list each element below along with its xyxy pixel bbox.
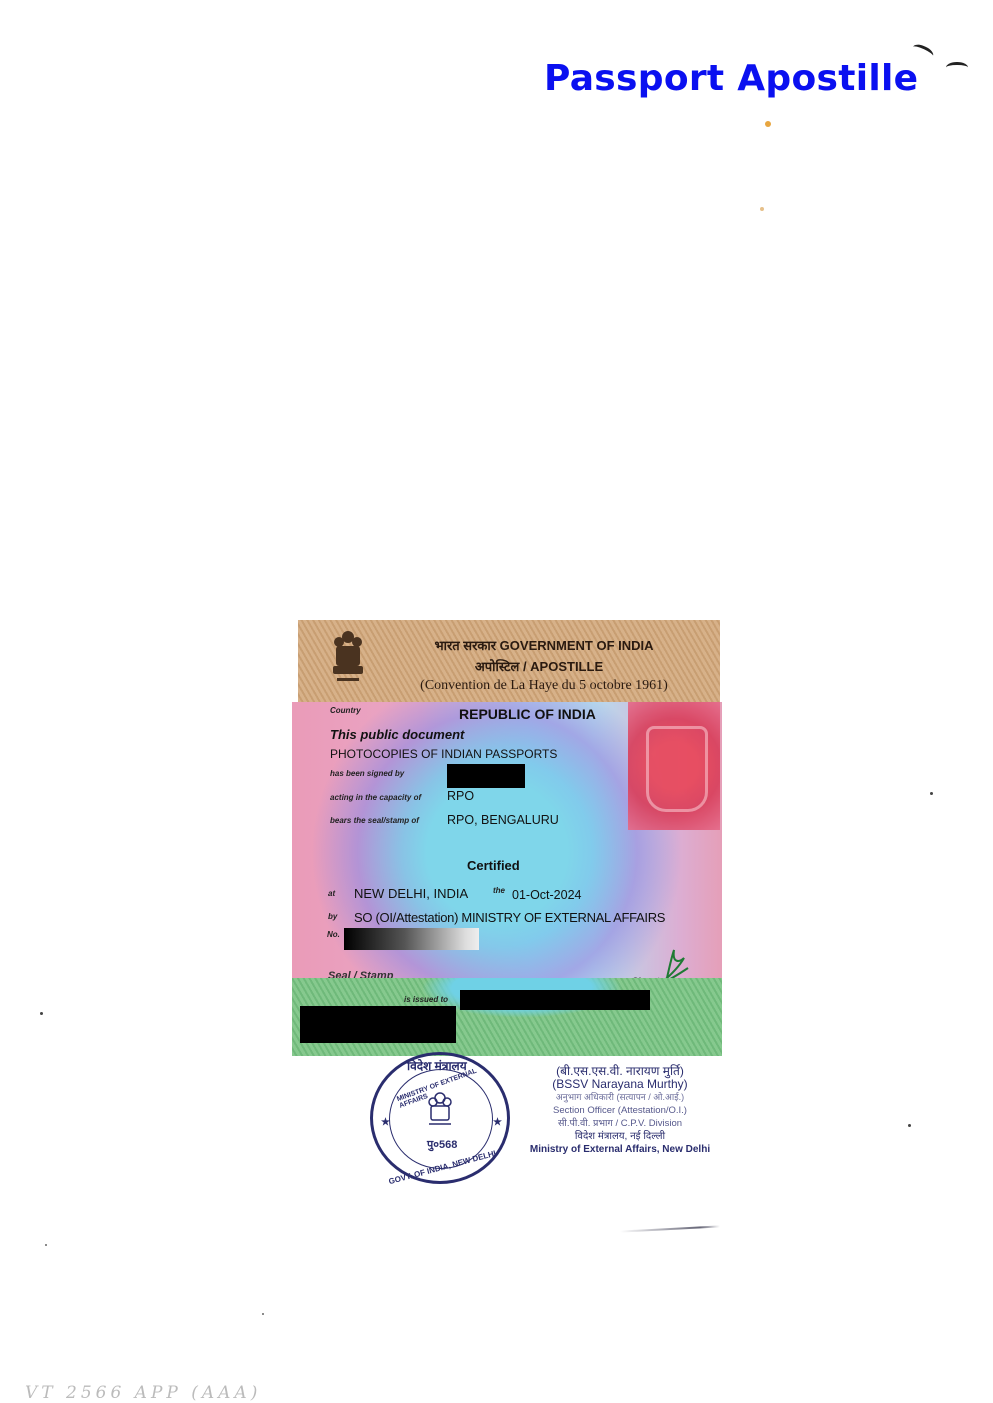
certificate-header: भारत सरकार GOVERNMENT OF INDIA अपोस्टिल … — [298, 620, 720, 702]
document-value: PHOTOCOPIES OF INDIAN PASSPORTS — [330, 747, 557, 761]
scan-speck — [262, 1313, 264, 1315]
page-title: Passport Apostille — [544, 58, 918, 99]
no-label: No. — [327, 930, 340, 939]
signed-by-label: has been signed by — [330, 769, 404, 778]
scan-speck — [908, 1124, 911, 1127]
star-icon: ★ — [381, 1117, 390, 1128]
by-value: SO (OI/Attestation) MINISTRY OF EXTERNAL… — [354, 910, 665, 925]
red-emblem-stamp — [628, 702, 720, 830]
seal-number: पु०568 — [427, 1137, 457, 1152]
seal-of-label: bears the seal/stamp of — [330, 816, 419, 825]
issued-to-redaction — [460, 990, 650, 1010]
header-government: भारत सरकार GOVERNMENT OF INDIA — [298, 636, 720, 654]
certificate-body: Country REPUBLIC OF INDIA This public do… — [292, 702, 722, 978]
certified-label: Certified — [467, 858, 520, 873]
apostille-certificate: भारत सरकार GOVERNMENT OF INDIA अपोस्टिल … — [292, 620, 728, 1058]
scan-speck — [930, 792, 933, 795]
number-redaction — [344, 928, 479, 950]
header-convention: (Convention de La Haye du 5 octobre 1961… — [298, 678, 720, 694]
officer-name: (BSSV Narayana Murthy) — [515, 1078, 725, 1091]
state-emblem-icon — [425, 1091, 455, 1131]
seal-of-value: RPO, BENGALURU — [447, 813, 559, 827]
officer-stamp: (बी.एस.एस.वी. नारायण मुर्ति) (BSSV Naray… — [515, 1065, 725, 1156]
officer-designation-hindi: अनुभाग अधिकारी (सत्यापन / ओ.आई.) — [515, 1091, 725, 1104]
header-apostille: अपोस्टिल / APOSTILLE — [298, 657, 720, 675]
country-label: Country — [330, 706, 361, 715]
scan-speck — [765, 121, 771, 127]
date-value: 01-Oct-2024 — [512, 888, 581, 902]
country-value: REPUBLIC OF INDIA — [459, 706, 596, 722]
issued-to-redaction-2 — [300, 1006, 456, 1043]
signed-by-redaction — [447, 764, 525, 788]
the-label: the — [493, 886, 505, 895]
capacity-value: RPO — [447, 789, 474, 803]
issued-to-label: is issued to — [404, 995, 448, 1004]
certificate-footer: is issued to — [292, 978, 722, 1056]
scan-mark — [946, 62, 968, 73]
star-icon: ★ — [493, 1117, 502, 1128]
scan-speck — [40, 1012, 43, 1015]
ministry-round-seal: विदेश मंत्रालय MINISTRY OF EXTERNAL AFFA… — [370, 1052, 510, 1184]
capacity-label: acting in the capacity of — [330, 793, 421, 802]
ministry-hindi: विदेश मंत्रालय, नई दिल्ली — [515, 1130, 725, 1143]
scan-speck — [45, 1244, 47, 1246]
officer-designation: Section Officer (Attestation/O.I.) — [515, 1104, 725, 1117]
seal-top-text: विदेश मंत्रालय — [407, 1057, 467, 1074]
public-document-label: This public document — [330, 727, 464, 742]
at-label: at — [328, 889, 335, 898]
ministry-english: Ministry of External Affairs, New Delhi — [515, 1143, 725, 1156]
at-value: NEW DELHI, INDIA — [354, 886, 468, 901]
scan-speck — [760, 207, 764, 211]
by-label: by — [328, 912, 337, 921]
handwritten-note: VT 2566 APP (AAA) — [25, 1383, 261, 1403]
faint-signature-line — [620, 1225, 720, 1232]
officer-division: सी.पी.वी. प्रभाग / C.P.V. Division — [515, 1117, 725, 1130]
